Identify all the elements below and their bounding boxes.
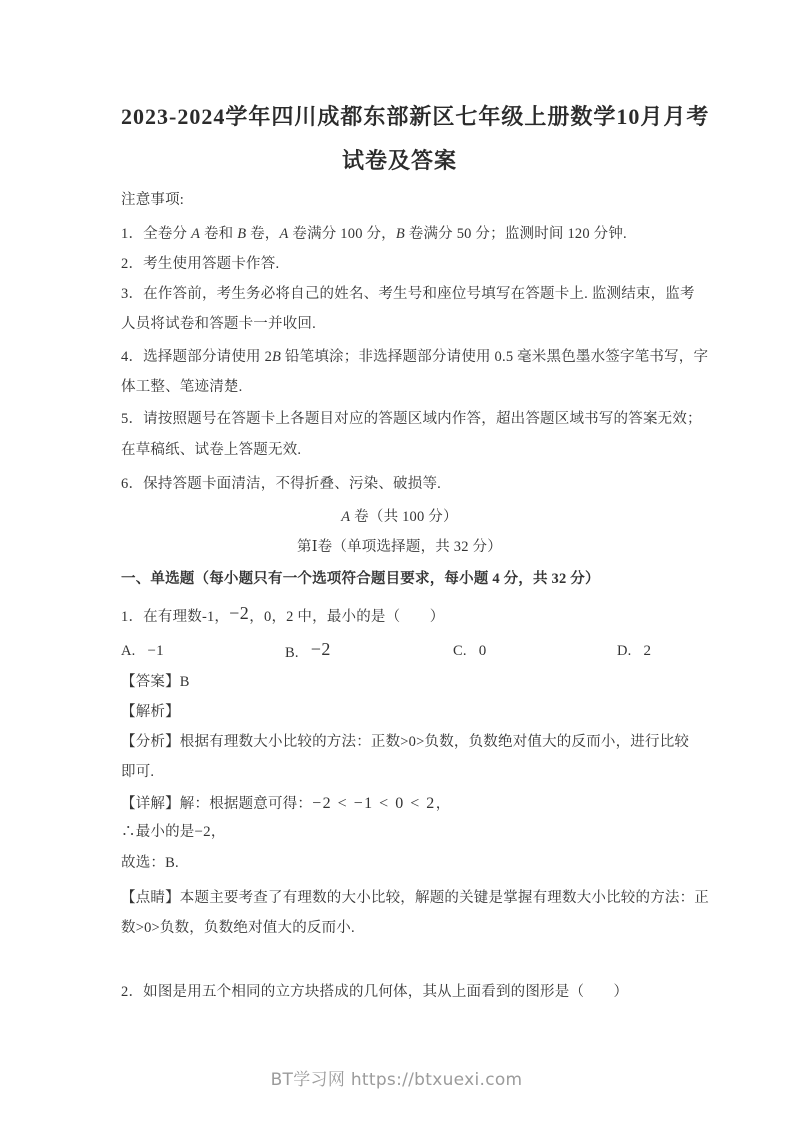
notice-heading: 注意事项:: [121, 185, 184, 215]
xiangjie-line: 【详解】解：根据题意可得：−2 < −1 < 0 < 2，: [121, 789, 450, 819]
document-title-line2: 试卷及答案: [121, 144, 678, 178]
option-c-label: C.: [453, 643, 467, 659]
answer-line: 【答案】B: [121, 667, 190, 697]
option-a-value: −1: [148, 643, 164, 659]
notice-item-4-line1: 4．选择题部分请使用 2B 铅笔填涂；非选择题部分请使用 0.5 毫米黑色墨水签…: [121, 342, 708, 372]
notice-item-5-line2: 在草稿纸、试卷上答题无效.: [121, 435, 301, 465]
section-a-heading: A 卷（共 100 分）: [121, 502, 678, 532]
option-d: D.2: [617, 636, 651, 666]
option-d-label: D.: [617, 643, 632, 659]
question-type-heading: 一、单选题（每小题只有一个选项符合题目要求，每小题 4 分，共 32 分）: [121, 564, 600, 594]
option-a-label: A.: [121, 643, 136, 659]
document-title-line1: 2023-2024学年四川成都东部新区七年级上册数学10月月考: [121, 100, 678, 134]
notice-item-4-line2: 体工整、笔迹清楚.: [121, 372, 242, 402]
fenxi-line1: 【分析】根据有理数大小比较的方法：正数>0>负数，负数绝对值大的反而小，进行比较: [121, 727, 689, 757]
notice-item-6: 6．保持答题卡面清洁，不得折叠、污染、破损等.: [121, 469, 441, 499]
fenxi-line2: 即可.: [121, 757, 154, 787]
question-1-stem: 1．在有理数-1，−2，0，2 中，最小的是（ ）: [121, 600, 444, 632]
jiexi-heading: 【解析】: [121, 697, 180, 727]
option-b: B.−2: [285, 636, 331, 668]
guxuan-line: 故选：B.: [121, 848, 179, 878]
option-b-value: −2: [311, 639, 331, 659]
site-footer-link[interactable]: BT学习网 https://btxuexi.com: [0, 1068, 793, 1092]
notice-item-2: 2．考生使用答题卡作答.: [121, 249, 279, 279]
option-d-value: 2: [644, 643, 652, 659]
option-b-label: B.: [285, 645, 299, 661]
option-c: C.0: [453, 636, 486, 666]
option-c-value: 0: [479, 643, 487, 659]
dianjing-line2: 数>0>负数，负数绝对值大的反而小.: [121, 913, 355, 943]
dianjing-line1: 【点睛】本题主要考查了有理数的大小比较，解题的关键是掌握有理数大小比较的方法：正: [121, 883, 709, 913]
option-a: A.−1: [121, 636, 164, 666]
section-1-heading: 第Ⅰ卷（单项选择题，共 32 分）: [121, 532, 678, 562]
therefore-line: ∴最小的是−2，: [121, 817, 226, 847]
content-area: 2023-2024学年四川成都东部新区七年级上册数学10月月考 试卷及答案 注意…: [121, 0, 678, 1122]
document-page: 2023-2024学年四川成都东部新区七年级上册数学10月月考 试卷及答案 注意…: [0, 0, 793, 1122]
notice-item-5-line1: 5．请按照题号在答题卡上各题目对应的答题区域内作答，超出答题区域书写的答案无效；: [121, 404, 702, 434]
notice-item-3-line1: 3．在作答前，考生务必将自己的姓名、考生号和座位号填写在答题卡上. 监测结束，监…: [121, 279, 695, 309]
notice-item-1: 1．全卷分 A 卷和 B 卷，A 卷满分 100 分，B 卷满分 50 分；监测…: [121, 219, 627, 249]
question-2-stem: 2．如图是用五个相同的立方块搭成的几何体，其从上面看到的图形是（ ）: [121, 977, 628, 1007]
notice-item-3-line2: 人员将试卷和答题卡一并收回.: [121, 309, 316, 339]
